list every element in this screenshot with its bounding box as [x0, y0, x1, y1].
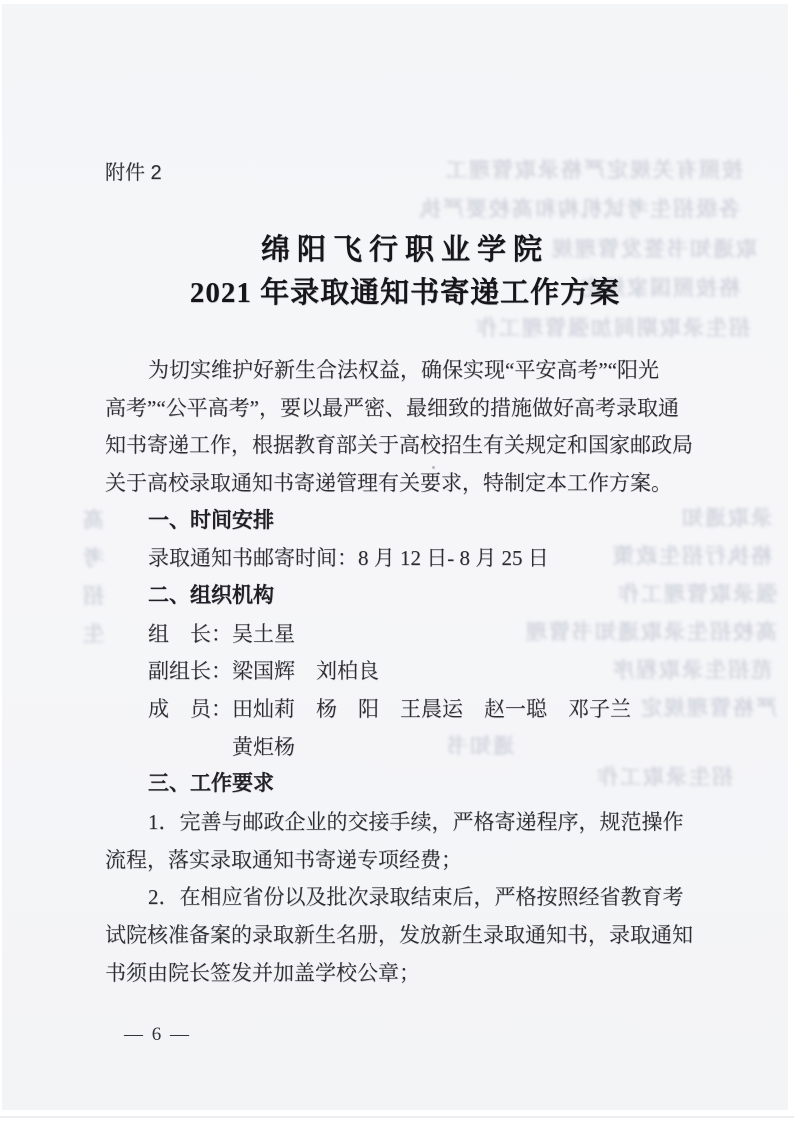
section-heading-time: 一、时间安排 — [105, 506, 788, 536]
bleed-through-fragment: 生 — [81, 618, 104, 648]
intro-line: 知书寄递工作，根据教育部关于高校招生有关规定和国家邮政局 — [105, 430, 745, 460]
attachment-label: 附件 2 — [105, 156, 162, 185]
title-line-1: 绵阳飞行职业学院 — [112, 229, 698, 272]
requirement-2-line: 书须由院长签发并加盖学校公章； — [105, 958, 745, 988]
requirement-1-line: 1．完善与邮政企业的交接手续，严格寄递程序，规范操作 — [105, 807, 788, 837]
intro-line: 高考”“公平高考”，要以最严密、最细致的措施做好高考录取通 — [105, 393, 745, 423]
bleed-through-line: 各级招生考试机构和高校要严执 — [418, 193, 740, 223]
scan-bottom-edge — [0, 1116, 794, 1118]
intro-line: 关于高校录取通知书寄递管理有关要求，特制定本工作方案。 — [105, 468, 745, 498]
requirement-2-line: 2．在相应省份以及批次录取结束后，严格按照经省教育考 — [105, 882, 788, 912]
role-line-members: 成 员：田灿莉 杨 阳 王晨运 赵一聪 邓子兰 — [105, 694, 788, 724]
document-title: 绵阳飞行职业学院 2021 年录取通知书寄递工作方案 — [112, 229, 698, 315]
bleed-through-line: 按照有关规定严格录取管理工 — [444, 154, 743, 184]
role-line-deputy: 副组长：梁国辉 刘柏良 — [105, 656, 788, 686]
bleed-through-fragment: 招 — [81, 580, 104, 610]
bleed-through-fragment: 考 — [81, 542, 104, 572]
section-heading-organization: 二、组织机构 — [105, 581, 788, 611]
role-line-leader: 组 长：吴土星 — [105, 619, 788, 649]
requirement-2-line: 试院核准备案的录取新生名册，发放新生录取通知书，录取通知 — [105, 920, 745, 950]
requirement-1-line: 流程，落实录取通知书寄递专项经费； — [105, 845, 745, 875]
title-line-2: 2021 年录取通知书寄递工作方案 — [112, 272, 698, 315]
bleed-through-line: 招生录取期间加强管理工作 — [474, 312, 750, 342]
bleed-through-fragment: 高 — [81, 504, 104, 534]
page-number: — 6 — — [124, 1024, 191, 1046]
mailing-time-line: 录取通知书邮寄时间：8 月 12 日- 8 月 25 日 — [105, 543, 788, 573]
section-heading-requirements: 三、工作要求 — [105, 769, 788, 799]
role-line-members-continued: 黄炬杨 — [105, 732, 794, 762]
intro-line: 为切实维护好新生合法权益，确保实现“平安高考”“阳光 — [105, 355, 788, 385]
scanned-document-page: 按照有关规定严格录取管理工 各级招生考试机构和高校要严执 取通知书签发管理规 格… — [2, 4, 788, 1110]
